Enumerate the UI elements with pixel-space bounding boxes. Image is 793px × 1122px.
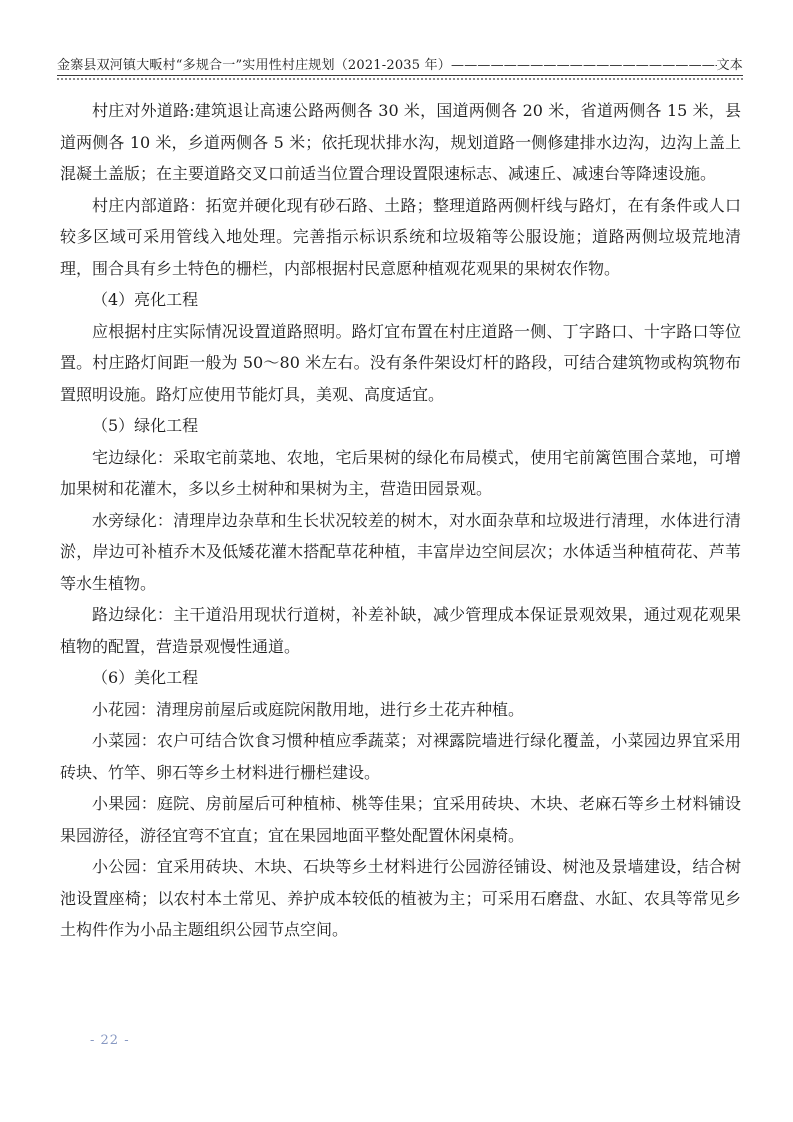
document-body: 村庄对外道路:建筑退让高速公路两侧各 30 米，国道两侧各 20 米，省道两侧各… xyxy=(60,95,741,946)
page-header-row: 金寨县双河镇大畈村“多规合一”实用性村庄规划（2021-2035 年） ————… xyxy=(57,54,743,76)
heading-beautification-project: （6）美化工程 xyxy=(60,662,741,694)
document-type-label: 文本 xyxy=(717,54,743,73)
para-small-vegetable-garden: 小菜园：农户可结合饮食习惯种植应季蔬菜；对裸露院墙进行绿化覆盖，小菜园边界宜采用… xyxy=(60,725,741,788)
para-roadside-greening: 路边绿化：主干道沿用现状行道树，补差补缺，减少管理成本保证景观效果，通过观花观果… xyxy=(60,599,741,662)
para-small-flower-garden: 小花园：清理房前屋后或庭院闲散用地，进行乡土花卉种植。 xyxy=(60,694,741,726)
para-village-external-roads: 村庄对外道路:建筑退让高速公路两侧各 30 米，国道两侧各 20 米，省道两侧各… xyxy=(60,95,741,190)
heading-greening-project: （5）绿化工程 xyxy=(60,410,741,442)
para-waterside-greening: 水旁绿化：清理岸边杂草和生长状况较差的树木，对水面杂草和垃圾进行清理，水体进行清… xyxy=(60,505,741,600)
para-small-park: 小公园：宜采用砖块、木块、石块等乡土材料进行公园游径铺设、树池及景墙建设，结合树… xyxy=(60,851,741,946)
header-dash-filler: —————————————————————————————————————— xyxy=(451,58,717,73)
header-dotted-rule xyxy=(57,78,743,80)
para-village-internal-roads: 村庄内部道路：拓宽并硬化现有砂石路、土路；整理道路两侧杆线与路灯，在有条件或人口… xyxy=(60,190,741,285)
document-title: 金寨县双河镇大畈村“多规合一”实用性村庄规划（2021-2035 年） xyxy=(57,54,451,73)
para-small-orchard: 小果园：庭院、房前屋后可种植柿、桃等佳果；宜采用砖块、木块、老麻石等乡土材料铺设… xyxy=(60,788,741,851)
heading-lighting-project: （4）亮化工程 xyxy=(60,284,741,316)
para-house-side-greening: 宅边绿化：采取宅前菜地、农地，宅后果树的绿化布局模式，使用宅前篱笆围合菜地，可增… xyxy=(60,442,741,505)
document-page: 金寨县双河镇大畈村“多规合一”实用性村庄规划（2021-2035 年） ————… xyxy=(0,0,793,1122)
para-lighting-details: 应根据村庄实际情况设置道路照明。路灯宜布置在村庄道路一侧、丁字路口、十字路口等位… xyxy=(60,316,741,411)
page-header: 金寨县双河镇大畈村“多规合一”实用性村庄规划（2021-2035 年） ————… xyxy=(57,54,743,80)
page-footer: - 22 - xyxy=(90,1033,130,1048)
page-number: - 22 - xyxy=(90,1033,130,1048)
